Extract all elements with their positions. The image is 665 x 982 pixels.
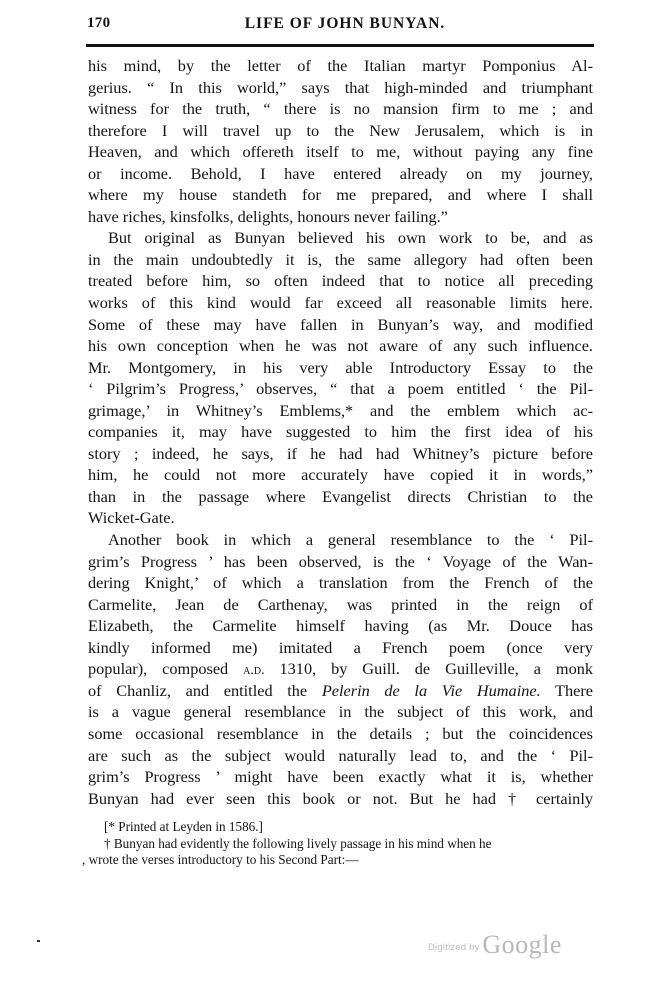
text-line: treated before him, so often indeed that… — [88, 270, 593, 292]
paragraph-start-line: Another book in which a general resembla… — [88, 529, 593, 551]
text-line: companies it, may have suggested to him … — [88, 421, 593, 443]
text-segment: 1310, by Guill. de Guilleville, a monk — [265, 659, 593, 678]
text-line: Some of these may have fallen in Bunyan’… — [88, 314, 593, 336]
running-head: 170 LIFE OF JOHN BUNYAN. — [87, 15, 593, 37]
text-line: are such as the subject would naturally … — [88, 745, 593, 767]
text-line: grimage,’ in Whitney’s Emblems,* and the… — [88, 400, 593, 422]
text-line: Carmelite, Jean de Carthenay, was printe… — [88, 594, 593, 616]
footnote-dagger-line: † Bunyan had evidently the following liv… — [82, 836, 602, 853]
text-line: grim’s Progress ’ has been observed, is … — [88, 551, 593, 573]
header-rule — [86, 44, 594, 47]
text-line: Wicket-Gate. — [88, 507, 593, 529]
digitized-by-google-watermark: Digitized by Google — [428, 930, 562, 960]
scan-speck — [37, 940, 40, 942]
text-line: story ; indeed, he says, if he had had W… — [88, 443, 593, 465]
text-line: Heaven, and which offereth itself to me,… — [88, 141, 593, 163]
small-caps-date: a.d. — [243, 663, 264, 678]
google-logo-text: Google — [482, 930, 562, 959]
text-line: in the main undoubtedly it is, the same … — [88, 249, 593, 271]
text-line: his own conception when he was not aware… — [88, 335, 593, 357]
footnote-dagger-line: , wrote the verses introductory to his S… — [82, 852, 602, 869]
text-segment: There — [541, 681, 593, 700]
text-line: gerius. “ In this world,” says that high… — [88, 77, 593, 99]
text-line: than in the passage where Evangelist dir… — [88, 486, 593, 508]
text-line: his mind, by the letter of the Italian m… — [88, 55, 593, 77]
footnote-asterisk: [* Printed at Leyden in 1586.] — [82, 819, 602, 836]
italic-title: Pelerin de la Vie Humaine. — [322, 681, 541, 700]
text-line: works of this kind would far exceed all … — [88, 292, 593, 314]
text-line: therefore I will travel up to the New Je… — [88, 120, 593, 142]
text-line: popular), composed a.d. 1310, by Guill. … — [88, 658, 593, 680]
text-line: Elizabeth, the Carmelite himself having … — [88, 615, 593, 637]
paragraph-start-line: But original as Bunyan believed his own … — [88, 227, 593, 249]
text-line: Bunyan had ever seen this book or not. B… — [88, 788, 593, 810]
book-page: 170 LIFE OF JOHN BUNYAN. his mind, by th… — [0, 0, 665, 982]
text-line: have riches, kinsfolks, delights, honour… — [88, 206, 593, 228]
text-line: Mr. Montgomery, in his very able Introdu… — [88, 357, 593, 379]
text-line: some occasional resemblance in the detai… — [88, 723, 593, 745]
watermark-prefix: Digitized by — [428, 942, 482, 953]
running-title: LIFE OF JOHN BUNYAN. — [87, 15, 593, 33]
text-line: kindly informed me) imitated a French po… — [88, 637, 593, 659]
text-line: dering Knight,’ of which a translation f… — [88, 572, 593, 594]
text-line: him, he could not more accurately have c… — [88, 464, 593, 486]
text-line: grim’s Progress ’ might have been exactl… — [88, 766, 593, 788]
text-line: ‘ Pilgrim’s Progress,’ observes, “ that … — [88, 378, 593, 400]
text-line: of Chanliz, and entitled the Pelerin de … — [88, 680, 593, 702]
text-line: where my house standeth for me prepared,… — [88, 184, 593, 206]
text-segment: of Chanliz, and entitled the — [88, 681, 322, 700]
footnotes: [* Printed at Leyden in 1586.] † Bunyan … — [82, 819, 602, 869]
body-text: his mind, by the letter of the Italian m… — [88, 55, 593, 809]
text-segment: popular), composed — [88, 659, 243, 678]
text-line: witness for the truth, “ there is no man… — [88, 98, 593, 120]
text-line: or income. Behold, I have entered alread… — [88, 163, 593, 185]
text-line: is a vague general resemblance in the su… — [88, 701, 593, 723]
